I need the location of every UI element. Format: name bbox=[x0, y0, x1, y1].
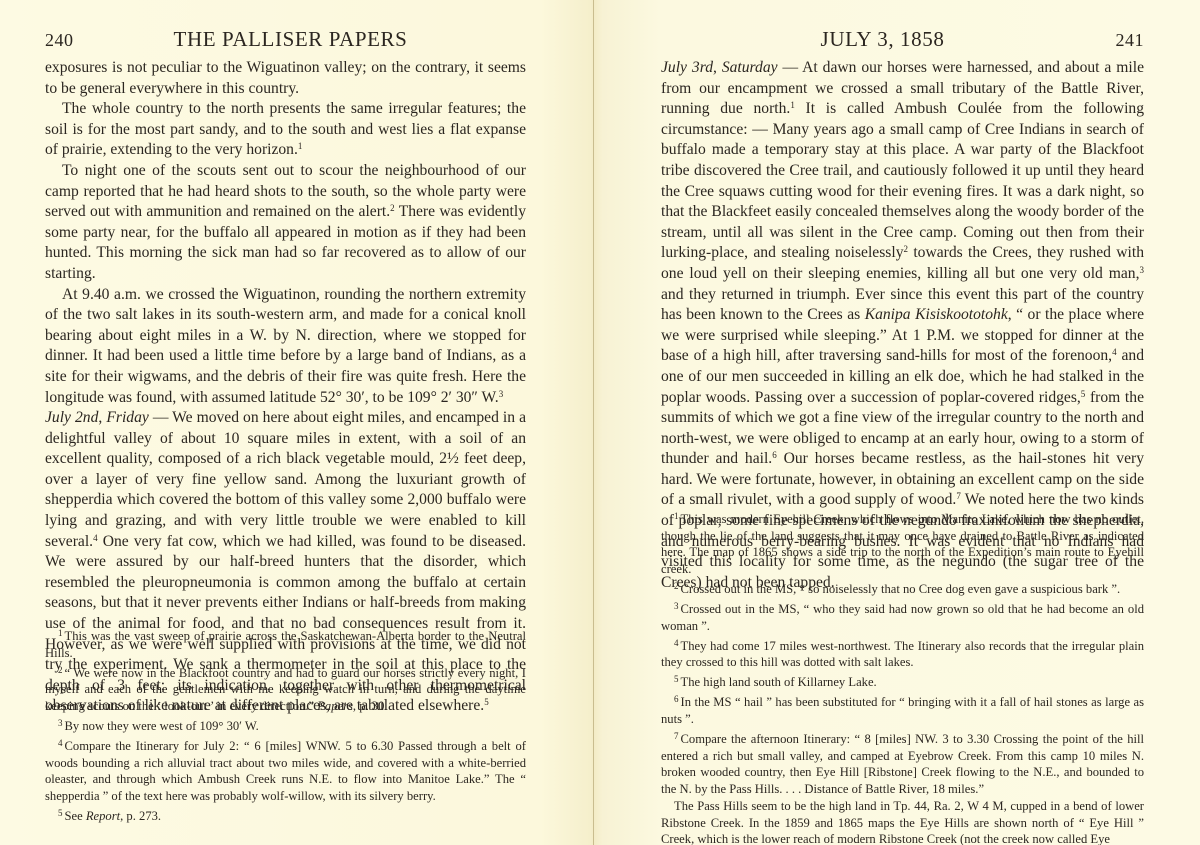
footnote: 4Compare the Itinerary for July 2: “ 6 [… bbox=[45, 735, 526, 804]
book-spread: 240 THE PALLISER PAPERS exposures is not… bbox=[0, 0, 1200, 845]
right-page: JULY 3, 1858 241 July 3rd, Saturday — At… bbox=[661, 0, 1144, 845]
footnote: 4They had come 17 miles west-northwest. … bbox=[661, 635, 1144, 671]
footnote: 1This was modern Eyehill Creek, which fl… bbox=[661, 508, 1144, 577]
paragraph: To night one of the scouts sent out to s… bbox=[45, 161, 526, 285]
body-text: exposures is not peculiar to the Wiguati… bbox=[45, 58, 526, 717]
footnote-ref: 4 bbox=[1112, 347, 1117, 357]
footnote: 3By now they were west of 109° 30′ W. bbox=[45, 715, 526, 735]
left-page: 240 THE PALLISER PAPERS exposures is not… bbox=[45, 0, 526, 845]
footnote: 6In the MS “ hail ” has been substituted… bbox=[661, 691, 1144, 727]
footnote-number: 5 bbox=[58, 808, 63, 818]
paragraph: At 9.40 a.m. we crossed the Wiguatinon, … bbox=[45, 285, 526, 409]
footnotes: 1This was the vast sweep of prairie acro… bbox=[45, 625, 526, 825]
italic-text: July 2nd bbox=[45, 409, 98, 426]
footnote: 5The high land south of Killarney Lake. bbox=[661, 671, 1144, 691]
footnote: 7Compare the afternoon Itinerary: “ 8 [m… bbox=[661, 728, 1144, 797]
footnote: 5See Report, p. 273. bbox=[45, 805, 526, 825]
footnote-number: 5 bbox=[674, 674, 679, 684]
footnote-ref: 6 bbox=[772, 450, 777, 460]
footnote-ref: 7 bbox=[956, 491, 961, 501]
italic-text: Friday bbox=[106, 409, 148, 426]
footnote-number: 1 bbox=[674, 511, 679, 521]
footnote-number: 6 bbox=[674, 694, 679, 704]
italic-text: Papers bbox=[317, 699, 353, 713]
running-head-title: JULY 3, 1858 bbox=[621, 27, 1144, 52]
paragraph: exposures is not peculiar to the Wiguati… bbox=[45, 58, 526, 99]
footnote-ref: 3 bbox=[1140, 265, 1145, 275]
footnote-number: 4 bbox=[58, 738, 63, 748]
footnote-number: 2 bbox=[58, 665, 63, 675]
footnote-number: 3 bbox=[674, 601, 679, 611]
running-head-title: THE PALLISER PAPERS bbox=[55, 27, 526, 52]
footnote-number: 7 bbox=[674, 731, 679, 741]
footnote: 3Crossed out in the MS, “ who they said … bbox=[661, 598, 1144, 634]
footnote-ref: 2 bbox=[390, 203, 395, 213]
footnote-ref: 4 bbox=[93, 533, 98, 543]
footnote-number: 4 bbox=[674, 638, 679, 648]
italic-text: July 3rd bbox=[661, 59, 713, 76]
italic-text: Report bbox=[86, 809, 120, 823]
footnote-ref: 5 bbox=[1081, 389, 1086, 399]
italic-text: Kanipa Kisiskoototohk bbox=[865, 306, 1008, 323]
book-gutter bbox=[593, 0, 594, 845]
paragraph: The whole country to the north presents … bbox=[45, 99, 526, 161]
footnote-ref: 1 bbox=[298, 141, 303, 151]
footnote-number: 1 bbox=[58, 628, 63, 638]
footnote-ref: 3 bbox=[499, 389, 504, 399]
page-number: 241 bbox=[1116, 30, 1145, 51]
footnotes: 1This was modern Eyehill Creek, which fl… bbox=[661, 508, 1144, 845]
footnote: 1This was the vast sweep of prairie acro… bbox=[45, 625, 526, 661]
footnote-number: 2 bbox=[674, 581, 679, 591]
italic-text: Saturday bbox=[722, 59, 778, 76]
footnote: 2“ We were now in the Blackfoot country … bbox=[45, 662, 526, 715]
left-running-head: 240 THE PALLISER PAPERS bbox=[45, 27, 526, 53]
footnote-ref: 2 bbox=[904, 244, 909, 254]
right-running-head: JULY 3, 1858 241 bbox=[661, 27, 1144, 53]
footnote: 2Crossed out in the MS, “ so noiselessly… bbox=[661, 578, 1144, 598]
footnote-ref: 1 bbox=[790, 100, 795, 110]
footnote: The Pass Hills seem to be the high land … bbox=[661, 798, 1144, 845]
footnote-number: 3 bbox=[58, 718, 63, 728]
